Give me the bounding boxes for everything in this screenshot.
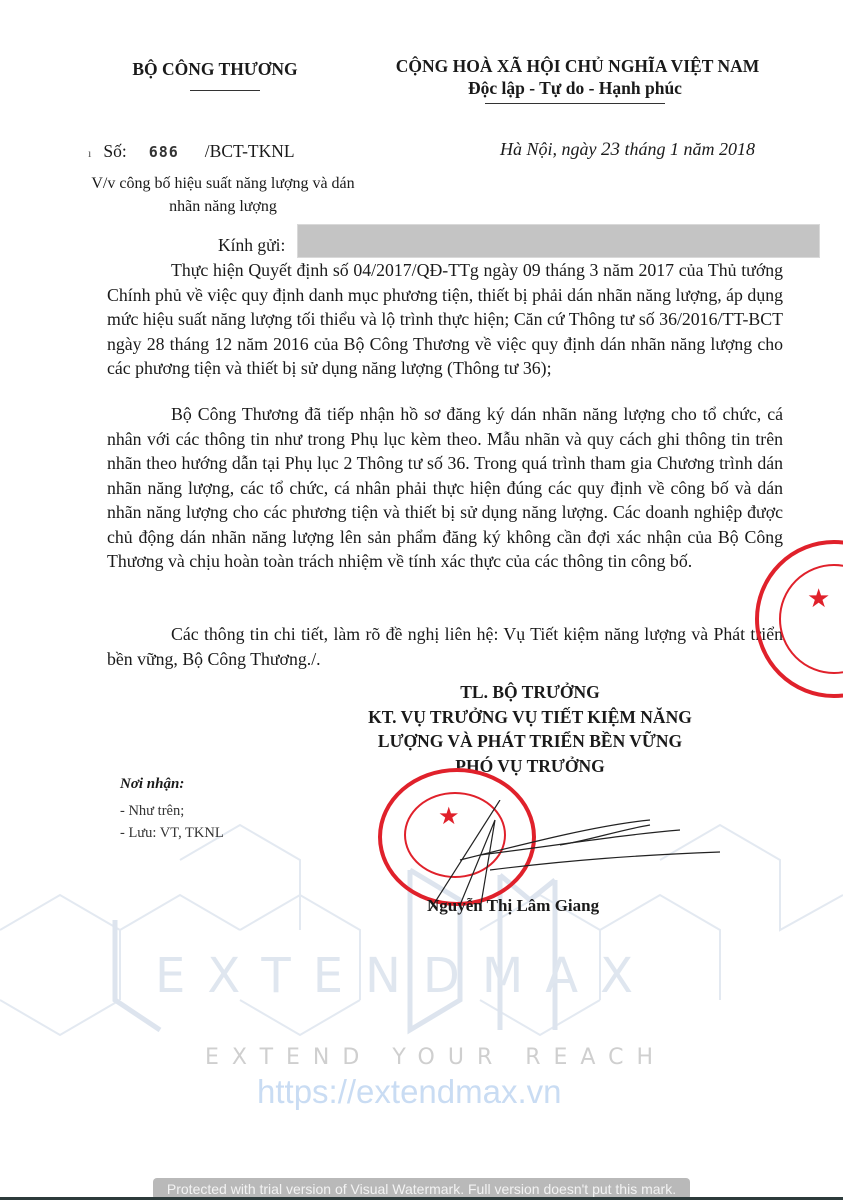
margin-mark: ı: [88, 146, 91, 160]
motto-underline: [485, 103, 665, 104]
body-paragraph-1: Thực hiện Quyết định số 04/2017/QĐ-TTg n…: [107, 258, 783, 381]
body-paragraph-2: Bộ Công Thương đã tiếp nhận hồ sơ đăng k…: [107, 402, 783, 574]
recipient-item: - Lưu: VT, TKNL: [120, 825, 224, 842]
number-label: Số:: [103, 141, 126, 161]
number-suffix: /BCT-TKNL: [205, 141, 295, 161]
recipient-item: - Như trên;: [120, 803, 184, 820]
ministry-underline: [190, 90, 260, 91]
signer-name: Nguyễn Thị Lâm Giang: [427, 896, 599, 916]
recipient-redaction-box: [297, 224, 820, 258]
place-date-prefix: Hà Nội, ngày: [500, 139, 601, 159]
recipient-label: Kính gửi:: [218, 235, 285, 256]
number-value: 686: [149, 143, 179, 161]
star-icon: ★: [807, 584, 830, 614]
watermark-tagline: EXTEND YOUR REACH: [205, 1045, 666, 1070]
nation-title: CỘNG HOÀ XÃ HỘI CHỦ NGHĨA VIỆT NAM: [380, 56, 775, 77]
subject-line: V/v công bố hiệu suất năng lượng và dán …: [78, 172, 368, 218]
sign-line-3: LƯỢNG VÀ PHÁT TRIỂN BỀN VỮNG: [330, 729, 730, 754]
sign-line-4: PHÓ VỤ TRƯỞNG: [330, 754, 730, 779]
ministry-name: BỘ CÔNG THƯƠNG: [110, 59, 320, 80]
place-date: Hà Nội, ngày 23 tháng 1 năm 2018: [500, 139, 755, 161]
body-paragraph-3: Các thông tin chi tiết, làm rõ đề nghị l…: [107, 622, 783, 671]
sign-line-2: KT. VỤ TRƯỞNG VỤ TIẾT KIỆM NĂNG: [330, 705, 730, 730]
sign-line-1: TL. BỘ TRƯỞNG: [330, 680, 730, 705]
handwritten-day: 23: [601, 139, 620, 160]
watermark-brand: EXTENDMAX: [155, 948, 715, 1004]
document-number: ıSố:686/BCT-TKNL: [88, 141, 295, 162]
watermark-url: https://extendmax.vn: [257, 1073, 562, 1111]
signature-block: TL. BỘ TRƯỞNG KT. VỤ TRƯỞNG VỤ TIẾT KIỆM…: [330, 680, 730, 778]
recipients-title: Nơi nhận:: [120, 776, 184, 793]
place-date-suffix: tháng 1 năm 2018: [620, 139, 755, 159]
motto: Độc lập - Tự do - Hạnh phúc: [430, 78, 720, 99]
